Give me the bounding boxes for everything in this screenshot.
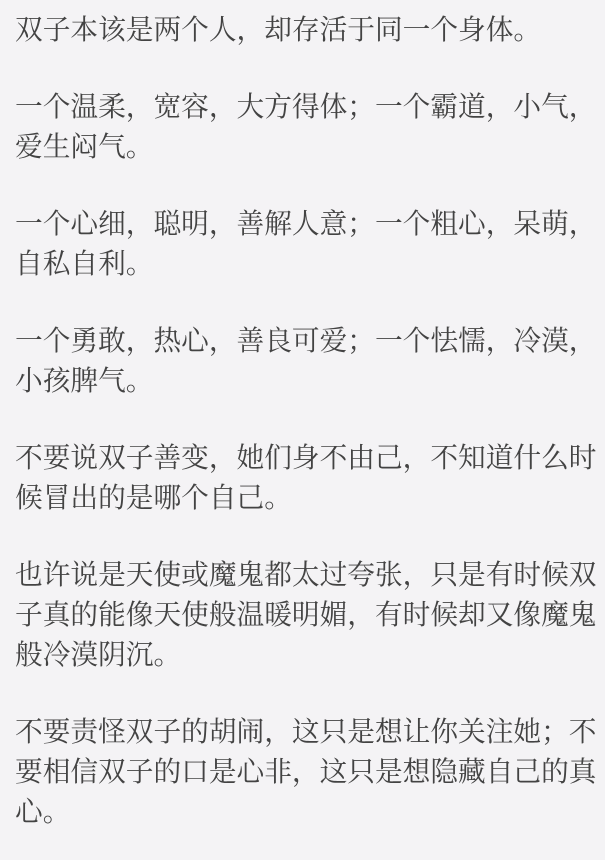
text-line: 候冒出的是哪个自己。 xyxy=(15,478,598,518)
paragraph: 双子本该是两个人，却存活于同一个身体。 xyxy=(15,10,598,50)
paragraph: 一个温柔，宽容，大方得体；一个霸道，小气，爱生闷气。 xyxy=(15,87,598,167)
text-line: 心。 xyxy=(15,792,598,832)
text-line: 小孩脾气。 xyxy=(15,361,598,401)
text-line: 般冷漠阴沉。 xyxy=(15,635,598,675)
text-line: 自私自利。 xyxy=(15,244,598,284)
page: { "page": { "background_color": "#f4f3f5… xyxy=(0,0,605,860)
text-line: 爱生闷气。 xyxy=(15,127,598,167)
text-line: 一个心细，聪明，善解人意；一个粗心，呆萌， xyxy=(15,204,598,244)
text-line: 一个温柔，宽容，大方得体；一个霸道，小气， xyxy=(15,87,598,127)
paragraph: 也许说是天使或魔鬼都太过夸张，只是有时候双子真的能像天使般温暖明媚，有时候却又像… xyxy=(15,555,598,675)
text-line: 子真的能像天使般温暖明媚，有时候却又像魔鬼 xyxy=(15,595,598,635)
text-line: 一个勇敢，热心，善良可爱；一个怯懦，冷漠， xyxy=(15,321,598,361)
text-body: 双子本该是两个人，却存活于同一个身体。一个温柔，宽容，大方得体；一个霸道，小气，… xyxy=(0,0,605,860)
paragraph: 不要责怪双子的胡闹，这只是想让你关注她；不要相信双子的口是心非，这只是想隐藏自己… xyxy=(15,712,598,832)
paragraph: 不要说双子善变，她们身不由己，不知道什么时候冒出的是哪个自己。 xyxy=(15,438,598,518)
paragraph: 一个勇敢，热心，善良可爱；一个怯懦，冷漠，小孩脾气。 xyxy=(15,321,598,401)
text-line: 不要责怪双子的胡闹，这只是想让你关注她；不 xyxy=(15,712,598,752)
text-line: 双子本该是两个人，却存活于同一个身体。 xyxy=(15,10,598,50)
text-line: 不要说双子善变，她们身不由己，不知道什么时 xyxy=(15,438,598,478)
paragraph: 一个心细，聪明，善解人意；一个粗心，呆萌，自私自利。 xyxy=(15,204,598,284)
text-line: 也许说是天使或魔鬼都太过夸张，只是有时候双 xyxy=(15,555,598,595)
text-line: 要相信双子的口是心非，这只是想隐藏自己的真 xyxy=(15,752,598,792)
